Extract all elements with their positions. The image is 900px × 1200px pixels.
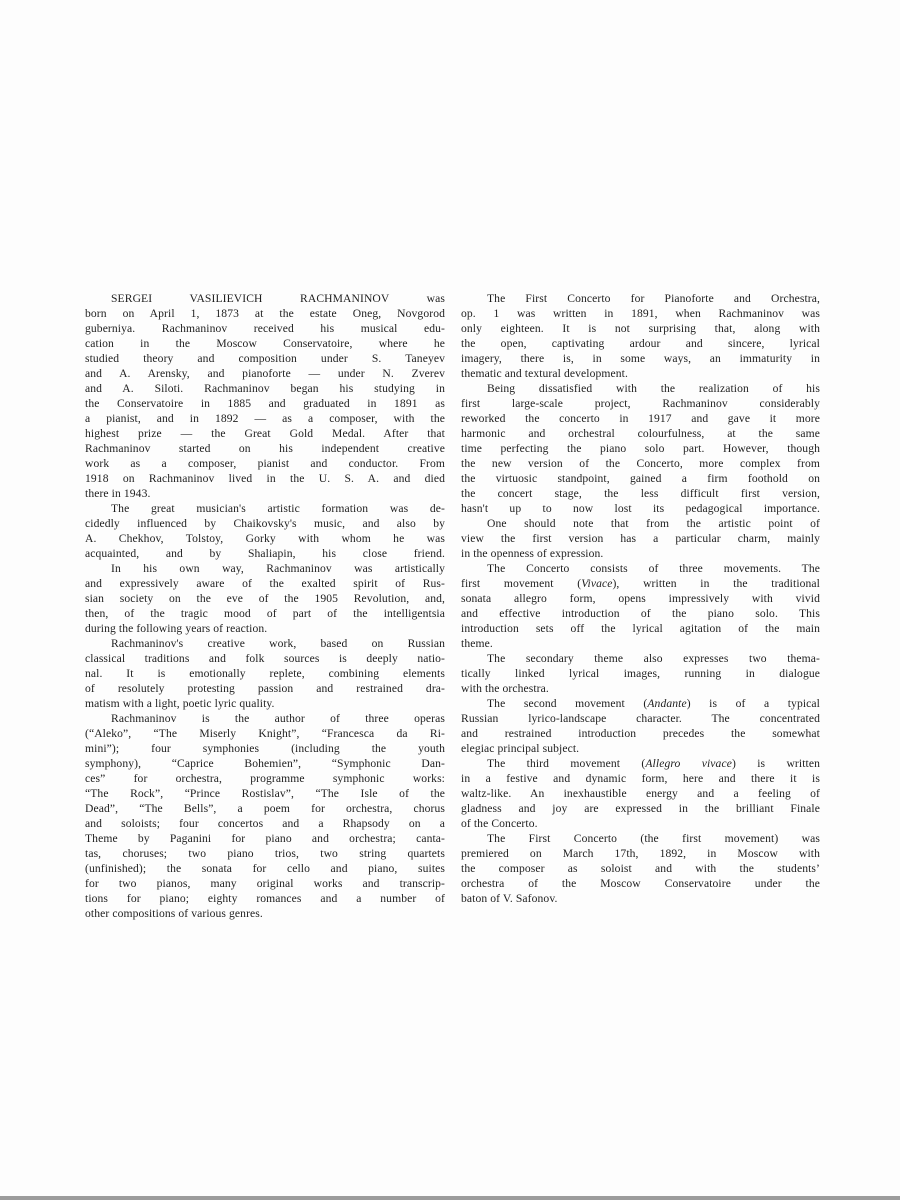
text-line: of resolutely protesting passion and res… — [85, 681, 445, 696]
text-line: theme. — [461, 636, 820, 651]
text-line: for two pianos, many original works and … — [85, 876, 445, 891]
text-line: The second movement (Andante) is of a ty… — [461, 696, 820, 711]
text-line: harmonic and orchestral colourfulness, a… — [461, 426, 820, 441]
text-line: in the openness of expression. — [461, 546, 820, 561]
text-line: SERGEI VASILIEVICH RACHMANINOV was — [85, 291, 445, 306]
text-line: and soloists; four concertos and a Rhaps… — [85, 816, 445, 831]
text-line: symphony), “Caprice Bohemien”, “Symphoni… — [85, 756, 445, 771]
text-line: a pianist, and in 1892 — as a composer, … — [85, 411, 445, 426]
text-line: then, of the tragic mood of part of the … — [85, 606, 445, 621]
text-line: The First Concerto for Pianoforte and Or… — [461, 291, 820, 306]
text-line: Theme by Paganini for piano and orchestr… — [85, 831, 445, 846]
text-line: One should note that from the artistic p… — [461, 516, 820, 531]
text-line: thematic and textural development. — [461, 366, 820, 381]
text-line: the open, captivating ardour and sincere… — [461, 336, 820, 351]
text-line: other compositions of various genres. — [85, 906, 445, 921]
text-line: acquainted, and by Shaliapin, his close … — [85, 546, 445, 561]
text-line: first movement (Vivace), written in the … — [461, 576, 820, 591]
text-line: hasn't up to now lost its pedagogical im… — [461, 501, 820, 516]
right-text-column: The First Concerto for Pianoforte and Or… — [461, 291, 820, 906]
text-line: nal. It is emotionally replete, combinin… — [85, 666, 445, 681]
text-line: of the Concerto. — [461, 816, 820, 831]
text-line: imagery, there is, in some ways, an imma… — [461, 351, 820, 366]
text-line: gladness and joy are expressed in the br… — [461, 801, 820, 816]
text-line: waltz-like. An inexhaustible energy and … — [461, 786, 820, 801]
text-line: “The Rock”, “Prince Rostislav”, “The Isl… — [85, 786, 445, 801]
text-line: and expressively aware of the exalted sp… — [85, 576, 445, 591]
text-line: (“Aleko”, “The Miserly Knight”, “Frances… — [85, 726, 445, 741]
text-line: In his own way, Rachmaninov was artistic… — [85, 561, 445, 576]
text-line: guberniya. Rachmaninov received his musi… — [85, 321, 445, 336]
text-line: the Conservatoire in 1885 and graduated … — [85, 396, 445, 411]
text-line: Rachmaninov's creative work, based on Ru… — [85, 636, 445, 651]
text-line: Being dissatisfied with the realization … — [461, 381, 820, 396]
text-line: premiered on March 17th, 1892, in Moscow… — [461, 846, 820, 861]
text-line: highest prize — the Great Gold Medal. Af… — [85, 426, 445, 441]
scanned-document-page: SERGEI VASILIEVICH RACHMANINOV wasborn o… — [0, 0, 900, 1200]
text-line: ces” for orchestra, programme symphonic … — [85, 771, 445, 786]
text-line: tas, choruses; two piano trios, two stri… — [85, 846, 445, 861]
text-line: The Concerto consists of three movements… — [461, 561, 820, 576]
text-line: Rachmaninov is the author of three opera… — [85, 711, 445, 726]
text-line: view the first version has a particular … — [461, 531, 820, 546]
text-line: The great musician's artistic formation … — [85, 501, 445, 516]
text-line: and A. Siloti. Rachmaninov began his stu… — [85, 381, 445, 396]
text-line: sonata allegro form, opens impressively … — [461, 591, 820, 606]
left-text-column: SERGEI VASILIEVICH RACHMANINOV wasborn o… — [85, 291, 445, 921]
text-line: sian society on the eve of the 1905 Revo… — [85, 591, 445, 606]
text-line: tions for piano; eighty romances and a n… — [85, 891, 445, 906]
bottom-scan-edge — [0, 1196, 900, 1200]
text-line: Russian lyrico-landscape character. The … — [461, 711, 820, 726]
text-line: A. Chekhov, Tolstoy, Gorky with whom he … — [85, 531, 445, 546]
text-line: (unfinished); the sonata for cello and p… — [85, 861, 445, 876]
text-line: mini”); four symphonies (including the y… — [85, 741, 445, 756]
text-line: tically linked lyrical images, running i… — [461, 666, 820, 681]
text-line: and A. Arensky, and pianoforte — under N… — [85, 366, 445, 381]
text-line: classical traditions and folk sources is… — [85, 651, 445, 666]
text-line: there in 1943. — [85, 486, 445, 501]
text-line: elegiac principal subject. — [461, 741, 820, 756]
text-line: first large-scale project, Rachmaninov c… — [461, 396, 820, 411]
text-line: the virtuosic standpoint, gained a firm … — [461, 471, 820, 486]
text-line: cidedly influenced by Chaikovsky's music… — [85, 516, 445, 531]
text-line: the composer as soloist and with the stu… — [461, 861, 820, 876]
text-line: matism with a light, poetic lyric qualit… — [85, 696, 445, 711]
text-line: only eighteen. It is not surprising that… — [461, 321, 820, 336]
text-line: op. 1 was written in 1891, when Rachmani… — [461, 306, 820, 321]
text-line: the concert stage, the less difficult fi… — [461, 486, 820, 501]
text-line: during the following years of reaction. — [85, 621, 445, 636]
text-line: reworked the concerto in 1917 and gave i… — [461, 411, 820, 426]
text-line: work as a composer, pianist and conducto… — [85, 456, 445, 471]
text-line: introduction sets off the lyrical agitat… — [461, 621, 820, 636]
text-line: The First Concerto (the first movement) … — [461, 831, 820, 846]
text-line: the new version of the Concerto, more co… — [461, 456, 820, 471]
text-line: The third movement (Allegro vivace) is w… — [461, 756, 820, 771]
text-line: Rachmaninov started on his independent c… — [85, 441, 445, 456]
text-line: and effective introduction of the piano … — [461, 606, 820, 621]
text-line: and restrained introduction precedes the… — [461, 726, 820, 741]
text-line: time perfecting the piano solo part. How… — [461, 441, 820, 456]
text-line: 1918 on Rachmaninov lived in the U. S. A… — [85, 471, 445, 486]
text-line: born on April 1, 1873 at the estate Oneg… — [85, 306, 445, 321]
text-line: The secondary theme also expresses two t… — [461, 651, 820, 666]
text-line: in a festive and dynamic form, here and … — [461, 771, 820, 786]
text-line: Dead”, “The Bells”, a poem for orchestra… — [85, 801, 445, 816]
text-line: studied theory and composition under S. … — [85, 351, 445, 366]
text-line: baton of V. Safonov. — [461, 891, 820, 906]
text-line: orchestra of the Moscow Conservatoire un… — [461, 876, 820, 891]
text-line: with the orchestra. — [461, 681, 820, 696]
text-line: cation in the Moscow Conservatoire, wher… — [85, 336, 445, 351]
